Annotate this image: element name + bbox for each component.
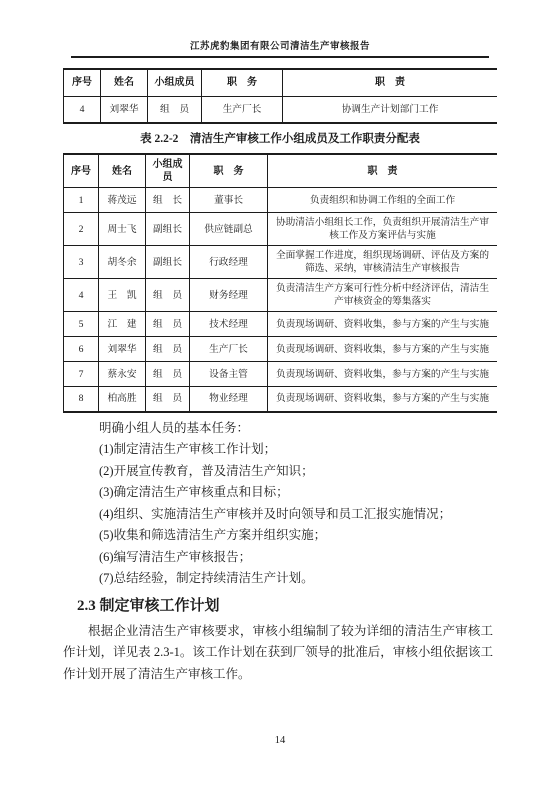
page-content: 江苏虎豹集团有限公司清洁生产审核报告 序号姓名小组成员职 务职 责 4刘翠华组 …	[0, 0, 560, 685]
task-item: (1)制定清洁生产审核工作计划；	[63, 439, 497, 461]
table-cell: 董事长	[190, 188, 268, 213]
table-cell: 组 员	[146, 362, 190, 387]
column-header: 姓名	[101, 69, 148, 96]
task-item: (4)组织、实施清洁生产审核并及时向领导和员工汇报实施情况；	[63, 504, 497, 526]
table-cell: 财务经理	[190, 279, 268, 312]
table-cell: 全面掌握工作进度，组织现场调研、评估及方案的筛选、采纳，审核清洁生产审核报告	[268, 246, 498, 279]
table-cell: 协助清洁小组组长工作，负责组织开展清洁生产审核工作及方案评估与实施	[268, 213, 498, 246]
table-cell: 周士飞	[99, 213, 146, 246]
tasks-intro: 明确小组人员的基本任务：	[63, 418, 497, 440]
header-rule	[71, 56, 489, 58]
table-caption: 表 2.2-2 清洁生产审核工作小组成员及工作职责分配表	[63, 130, 497, 146]
table-cell: 负责清洁生产方案可行性分析中经济评估，清洁生产审核资金的筹集落实	[268, 279, 498, 312]
page-header: 江苏虎豹集团有限公司清洁生产审核报告	[63, 38, 497, 58]
table-cell: 刘翠华	[101, 96, 148, 123]
table-header: 序号姓名小组成员职 务职 责	[64, 154, 498, 188]
table-cell: 负责组织和协调工作组的全面工作	[268, 188, 498, 213]
column-header: 职 务	[190, 154, 268, 188]
table-cell: 设备主管	[190, 362, 268, 387]
table-cell: 3	[64, 246, 99, 279]
table-row: 7蔡永安组 员设备主管负责现场调研、资料收集，参与方案的产生与实施	[64, 362, 498, 387]
tasks-section: 明确小组人员的基本任务： (1)制定清洁生产审核工作计划；(2)开展宣传教育，普…	[63, 418, 497, 590]
running-header-title: 江苏虎豹集团有限公司清洁生产审核报告	[63, 38, 497, 52]
table-cell: 4	[64, 279, 99, 312]
table-cell: 生产厂长	[202, 96, 283, 123]
table-cell: 2	[64, 213, 99, 246]
table-cell: 协调生产计划部门工作	[283, 96, 498, 123]
table-row: 1蒋茂远组 长董事长负责组织和协调工作组的全面工作	[64, 188, 498, 213]
table-cell: 副组长	[146, 213, 190, 246]
table-cell: 行政经理	[190, 246, 268, 279]
table-cell: 负责现场调研、资料收集，参与方案的产生与实施	[268, 362, 498, 387]
column-header: 小组成员	[148, 69, 202, 96]
table-cell: 6	[64, 337, 99, 362]
column-header: 职 责	[268, 154, 498, 188]
table-cell: 负责现场调研、资料收集，参与方案的产生与实施	[268, 387, 498, 412]
task-item: (2)开展宣传教育，普及清洁生产知识；	[63, 461, 497, 483]
table-row: 8柏高胜组 员物业经理负责现场调研、资料收集，参与方案的产生与实施	[64, 387, 498, 412]
column-header: 序号	[64, 154, 99, 188]
section-heading: 2.3 制定审核工作计划	[77, 597, 497, 616]
table-cell: 组 员	[146, 312, 190, 337]
page-footer: 14	[0, 735, 560, 746]
table-cell: 组 员	[146, 279, 190, 312]
table-cell: 技术经理	[190, 312, 268, 337]
table-cell: 组 员	[146, 387, 190, 412]
table-cell: 王 凯	[99, 279, 146, 312]
table-cell: 1	[64, 188, 99, 213]
column-header: 姓名	[99, 154, 146, 188]
table-header-row: 序号姓名小组成员职 务职 责	[64, 154, 498, 188]
table-cell: 胡冬余	[99, 246, 146, 279]
team-table-continuation: 序号姓名小组成员职 务职 责 4刘翠华组 员生产厂长协调生产计划部门工作	[63, 68, 497, 124]
task-item: (3)确定清洁生产审核重点和目标；	[63, 482, 497, 504]
tasks-list: (1)制定清洁生产审核工作计划；(2)开展宣传教育，普及清洁生产知识；(3)确定…	[63, 439, 497, 590]
table-cell: 江 建	[99, 312, 146, 337]
table-cell: 4	[64, 96, 101, 123]
table-cell: 供应链副总	[190, 213, 268, 246]
task-item: (6)编写清洁生产审核报告；	[63, 547, 497, 569]
table-body: 1蒋茂远组 长董事长负责组织和协调工作组的全面工作2周士飞副组长供应链副总协助清…	[64, 188, 498, 412]
table-cell: 蔡永安	[99, 362, 146, 387]
table-cell: 刘翠华	[99, 337, 146, 362]
table-row: 5江 建组 员技术经理负责现场调研、资料收集，参与方案的产生与实施	[64, 312, 498, 337]
table-cell: 生产厂长	[190, 337, 268, 362]
table-cell: 8	[64, 387, 99, 412]
task-item: (5)收集和筛选清洁生产方案并组织实施；	[63, 525, 497, 547]
table-cell: 7	[64, 362, 99, 387]
table-cell: 柏高胜	[99, 387, 146, 412]
column-header: 小组成员	[146, 154, 190, 188]
table-row: 2周士飞副组长供应链副总协助清洁小组组长工作，负责组织开展清洁生产审核工作及方案…	[64, 213, 498, 246]
table-header-row: 序号姓名小组成员职 务职 责	[64, 69, 498, 96]
column-header: 职 责	[283, 69, 498, 96]
table-cell: 组 员	[146, 337, 190, 362]
task-item: (7)总结经验，制定持续清洁生产计划。	[63, 568, 497, 590]
page-number: 14	[275, 735, 286, 746]
table-cell: 组 员	[148, 96, 202, 123]
table-cell: 负责现场调研、资料收集，参与方案的产生与实施	[268, 337, 498, 362]
column-header: 序号	[64, 69, 101, 96]
table-cell: 5	[64, 312, 99, 337]
section-paragraph: 根据企业清洁生产审核要求，审核小组编制了较为详细的清洁生产审核工作计划，详见表 …	[63, 621, 493, 686]
table-cell: 蒋茂远	[99, 188, 146, 213]
table-body: 4刘翠华组 员生产厂长协调生产计划部门工作	[64, 96, 498, 123]
table-row: 4王 凯组 员财务经理负责清洁生产方案可行性分析中经济评估，清洁生产审核资金的筹…	[64, 279, 498, 312]
table-row: 4刘翠华组 员生产厂长协调生产计划部门工作	[64, 96, 498, 123]
table-cell: 负责现场调研、资料收集，参与方案的产生与实施	[268, 312, 498, 337]
team-responsibility-table: 序号姓名小组成员职 务职 责 1蒋茂远组 长董事长负责组织和协调工作组的全面工作…	[63, 153, 497, 413]
table-row: 6刘翠华组 员生产厂长负责现场调研、资料收集，参与方案的产生与实施	[64, 337, 498, 362]
table-row: 3胡冬余副组长行政经理全面掌握工作进度，组织现场调研、评估及方案的筛选、采纳，审…	[64, 246, 498, 279]
document-page: 江苏虎豹集团有限公司清洁生产审核报告 序号姓名小组成员职 务职 责 4刘翠华组 …	[0, 0, 560, 792]
table-cell: 物业经理	[190, 387, 268, 412]
column-header: 职 务	[202, 69, 283, 96]
table-cell: 组 长	[146, 188, 190, 213]
table-cell: 副组长	[146, 246, 190, 279]
table-header: 序号姓名小组成员职 务职 责	[64, 69, 498, 96]
